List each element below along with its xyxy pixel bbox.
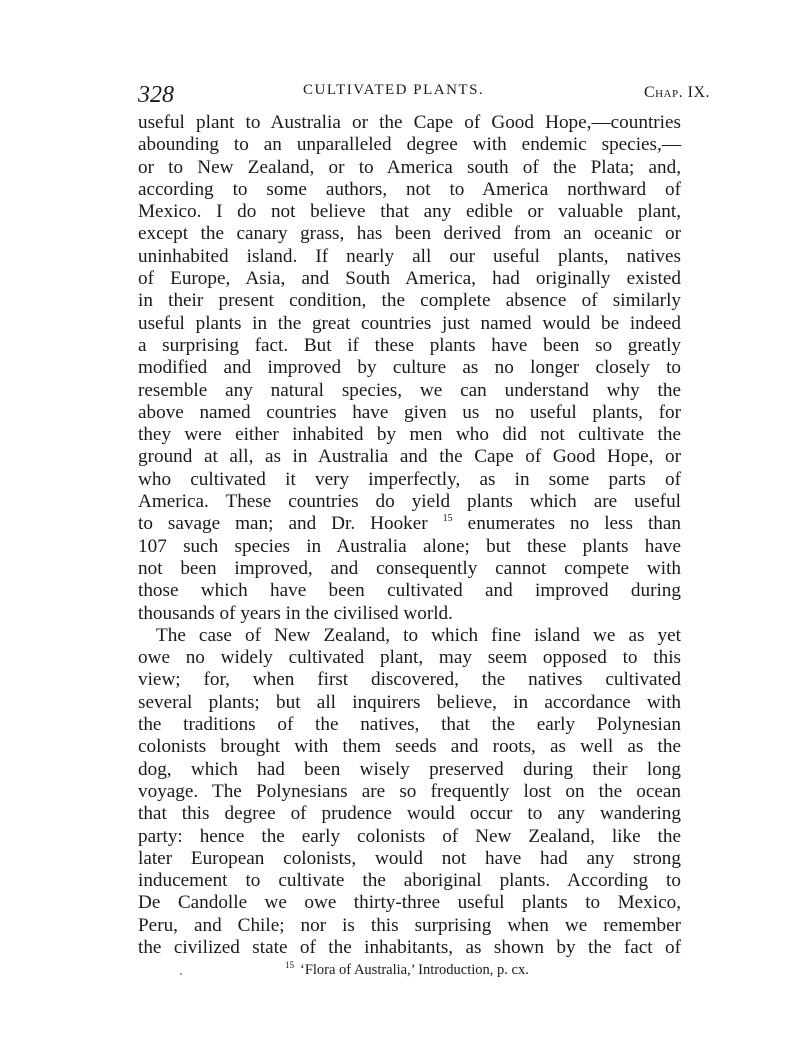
text-line: Peru, and Chile; nor is this surprising … bbox=[138, 915, 681, 937]
text-line: dog, which had been wisely preserved dur… bbox=[138, 759, 681, 781]
text-line: except the canary grass, has been derive… bbox=[138, 223, 681, 245]
text-line: useful plant to Australia or the Cape of… bbox=[138, 112, 681, 134]
text-line: 107 such species in Australia alone; but… bbox=[138, 536, 681, 558]
text-line: Mexico. I do not believe that any edible… bbox=[138, 201, 681, 223]
text-line: view; for, when first discovered, the na… bbox=[138, 669, 681, 691]
footnote-ref[interactable]: 15 bbox=[443, 513, 453, 524]
text-line: they were either inhabited by men who di… bbox=[138, 424, 681, 446]
footnote-marker: 15 bbox=[285, 960, 294, 970]
text-line: colonists brought with them seeds and ro… bbox=[138, 736, 681, 758]
text-line: that this degree of prudence would occur… bbox=[138, 803, 681, 825]
text-line: inducement to cultivate the aboriginal p… bbox=[138, 870, 681, 892]
text-line: several plants; but all inquirers believ… bbox=[138, 692, 681, 714]
paragraph-start: The case of New Zealand, to which fine i… bbox=[138, 625, 681, 647]
page-number: 328 bbox=[138, 82, 174, 109]
text-line: uninhabited island. If nearly all our us… bbox=[138, 246, 681, 268]
text-line: the civilized state of the inhabitants, … bbox=[138, 937, 681, 959]
text-line: thousands of years in the civilised worl… bbox=[138, 603, 681, 625]
text-line: the traditions of the natives, that the … bbox=[138, 714, 681, 736]
text-line: De Candolle we owe thirty-three useful p… bbox=[138, 892, 681, 914]
text-segment: enumerates no less than bbox=[468, 513, 681, 534]
footnote-text: ‘Flora of Australia,’ Introduction, p. c… bbox=[300, 962, 529, 978]
text-line: of Europe, Asia, and South America, had … bbox=[138, 268, 681, 290]
text-line: in their present condition, the complete… bbox=[138, 290, 681, 312]
text-line: owe no widely cultivated plant, may seem… bbox=[138, 647, 681, 669]
footnote: 15‘Flora of Australia,’ Introduction, p.… bbox=[285, 962, 529, 979]
text-line: not been improved, and consequently cann… bbox=[138, 558, 681, 580]
text-line: ground at all, as in Australia and the C… bbox=[138, 446, 681, 468]
text-line: useful plants in the great countries jus… bbox=[138, 313, 681, 335]
chapter-label: Chap. IX. bbox=[644, 84, 710, 102]
text-line: or to New Zealand, or to America south o… bbox=[138, 157, 681, 179]
running-header: 328 CULTIVATED PLANTS. Chap. IX. bbox=[138, 80, 710, 110]
text-line: voyage. The Polynesians are so frequentl… bbox=[138, 781, 681, 803]
text-line: resemble any natural species, we can und… bbox=[138, 380, 681, 402]
text-line-with-footnote-ref: to savage man; and Dr. Hooker 15 enumera… bbox=[138, 513, 681, 535]
text-line: later European colonists, would not have… bbox=[138, 848, 681, 870]
text-line: modified and improved by culture as no l… bbox=[138, 357, 681, 379]
body-text: useful plant to Australia or the Cape of… bbox=[138, 112, 681, 959]
text-segment: to savage man; and Dr. Hooker bbox=[138, 513, 428, 534]
text-line: according to some authors, not to Americ… bbox=[138, 179, 681, 201]
text-line: party: hence the early colonists of New … bbox=[138, 826, 681, 848]
text-line: abounding to an unparalleled degree with… bbox=[138, 134, 681, 156]
text-line: who cultivated it very imperfectly, as i… bbox=[138, 469, 681, 491]
text-line: America. These countries do yield plants… bbox=[138, 491, 681, 513]
text-line: above named countries have given us no u… bbox=[138, 402, 681, 424]
scan-speck bbox=[180, 973, 182, 975]
running-title: CULTIVATED PLANTS. bbox=[303, 82, 484, 99]
text-line: those which have been cultivated and imp… bbox=[138, 580, 681, 602]
text-line: a surprising fact. But if these plants h… bbox=[138, 335, 681, 357]
